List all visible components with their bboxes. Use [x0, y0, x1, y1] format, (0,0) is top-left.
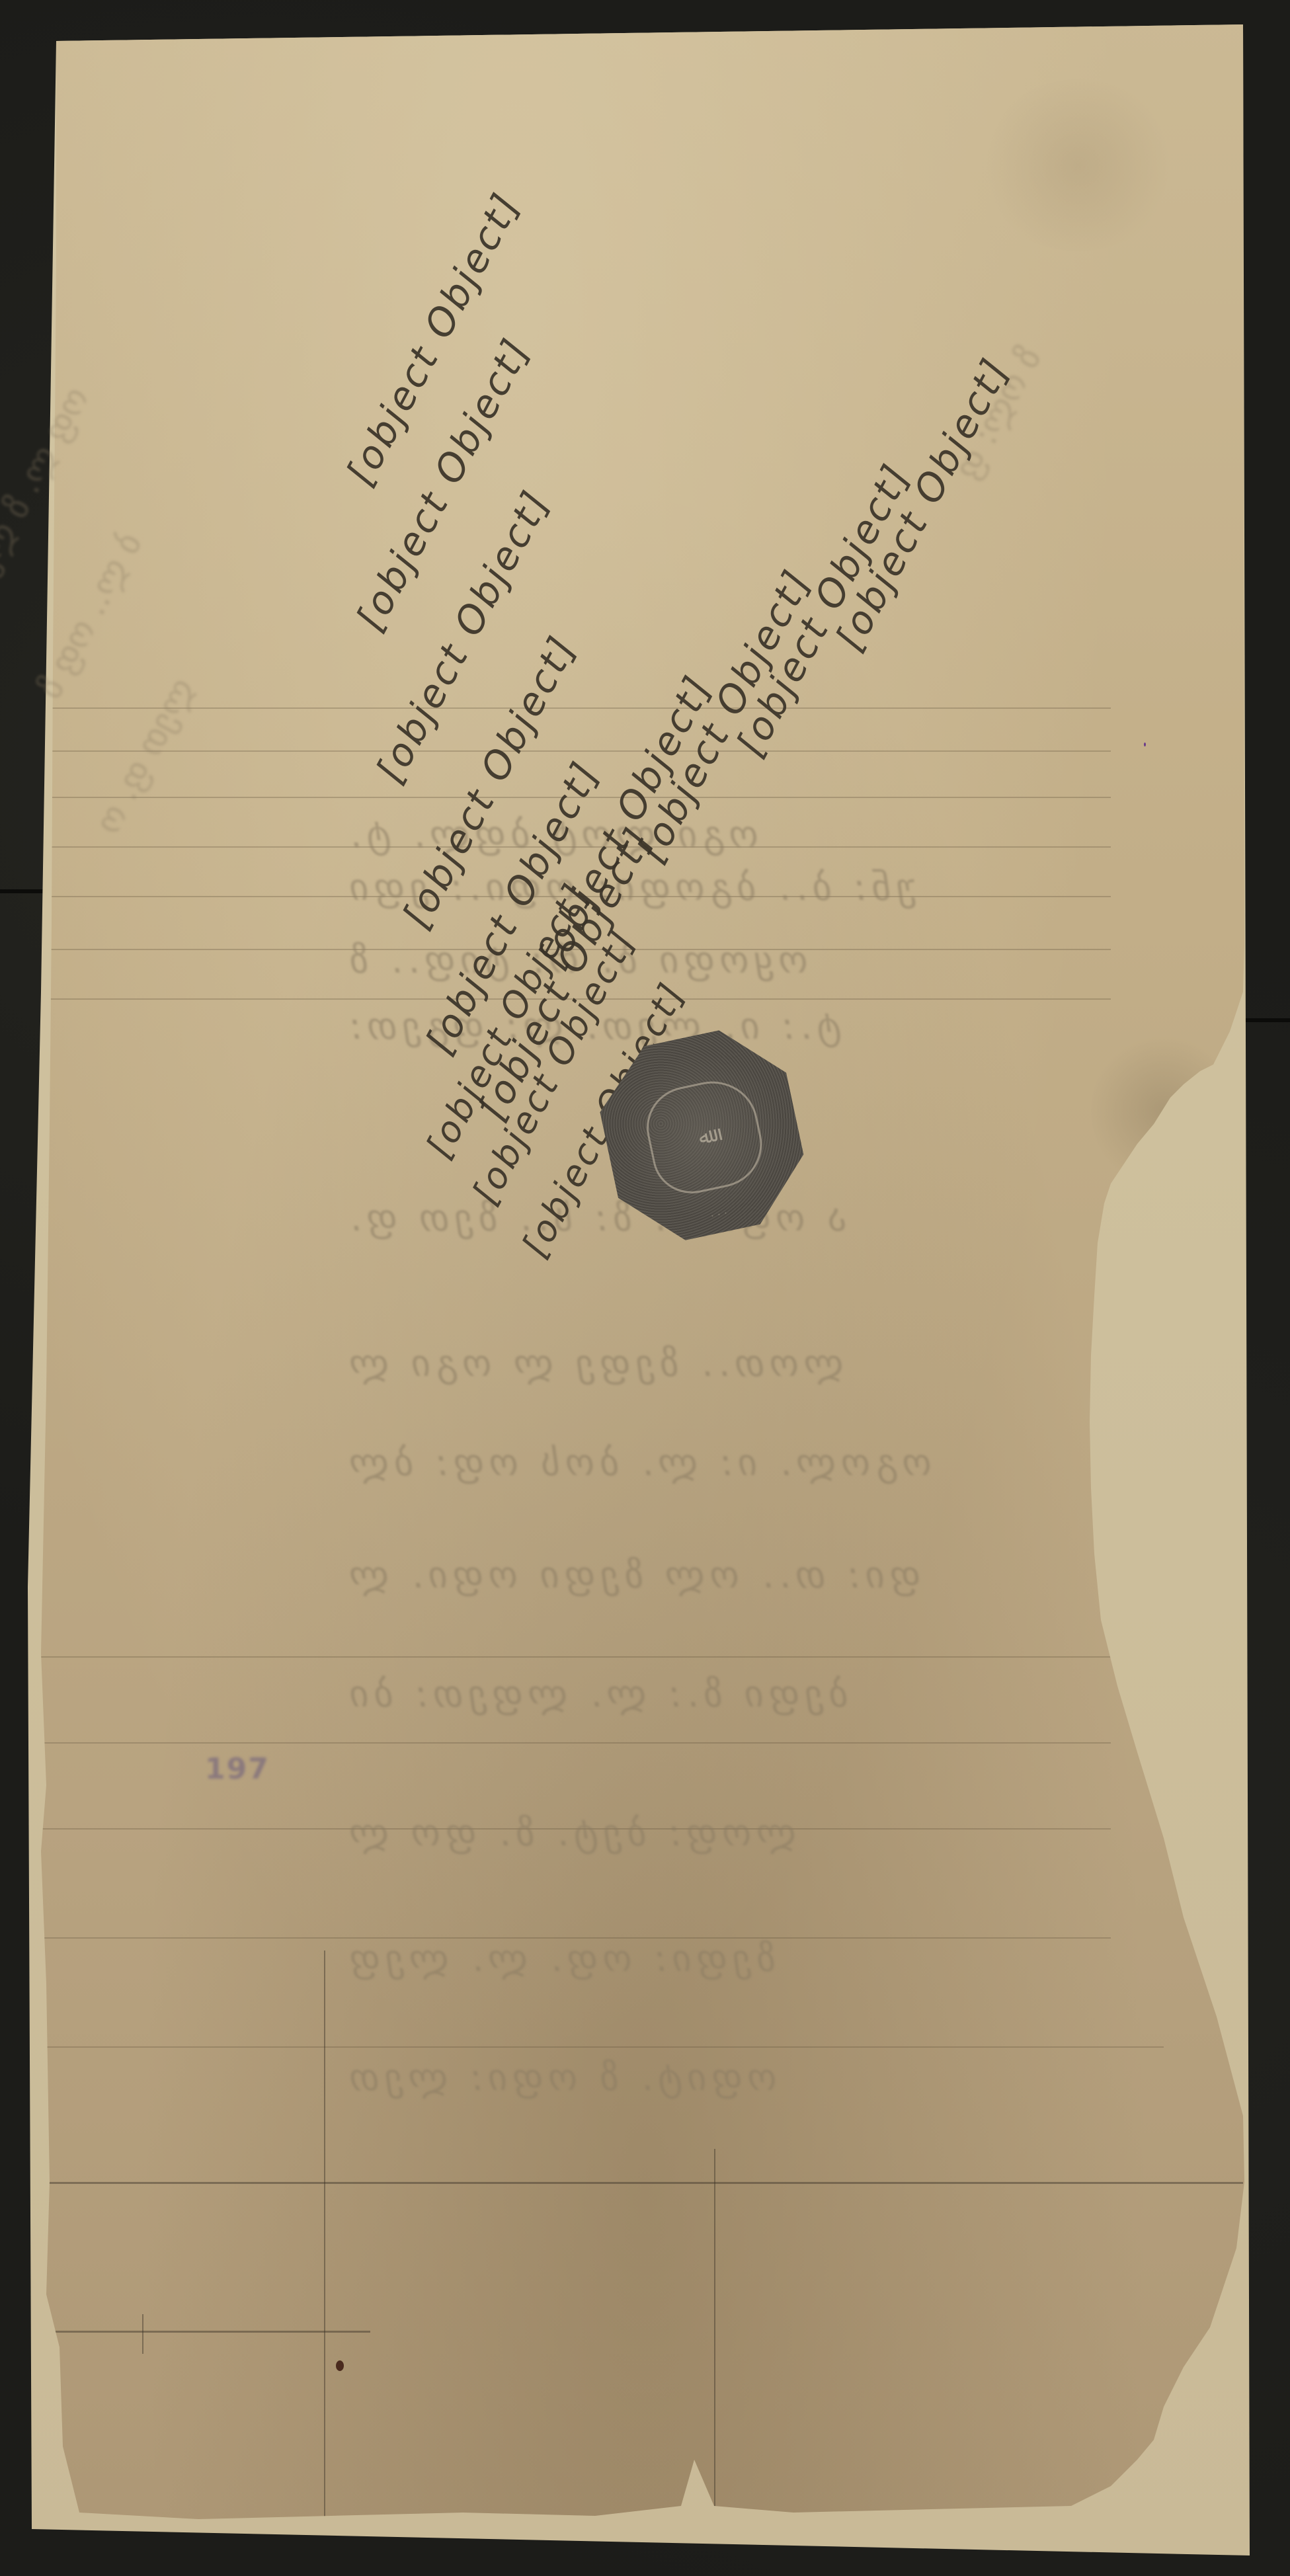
fold-crease-vertical [142, 2314, 143, 2354]
fold-crease [40, 2046, 1164, 2048]
seal-inner-cartouche: ﷲ [639, 1073, 770, 1201]
fold-crease [40, 2182, 1243, 2184]
seal-inscription: ﷲ [696, 1124, 712, 1149]
fold-crease-vertical [324, 1951, 325, 2519]
bleed-through-line: ბეფი ზ.: ლ. ლფეთ: ბი [341, 1673, 850, 1716]
fold-crease [40, 707, 1111, 709]
folio-number-stamp: 197 [205, 1752, 270, 1786]
bleed-through-line: ოფიტ. ზ ოფი: ლეთ [341, 2056, 779, 2099]
fold-crease [40, 1656, 1111, 1658]
fold-crease [40, 1742, 1111, 1744]
bleed-through-line: ლოფ: ბეტ. ზ. ფო ლ [341, 1812, 799, 1855]
bleed-through-line: ფი: თ.. ოლ ზეფი ოფი. ლ [341, 1554, 923, 1597]
ink-spot [336, 2360, 344, 2371]
bleed-through-line: ზეფი: ოფ. ლ. ლეფ [341, 1937, 778, 1980]
bleed-through-line: ოგოლ. ი: ლ. ბოს ოფ: ბლ [341, 1441, 934, 1484]
ink-spot [1144, 743, 1146, 746]
fold-crease-vertical [714, 2149, 715, 2513]
bleed-through-line: ლოთ.. ზეფე ლ ოგი ლ [341, 1342, 846, 1385]
background-seam [1243, 1018, 1290, 1022]
stain [979, 79, 1177, 251]
fold-crease [40, 2331, 370, 2333]
fold-crease [40, 750, 1111, 752]
